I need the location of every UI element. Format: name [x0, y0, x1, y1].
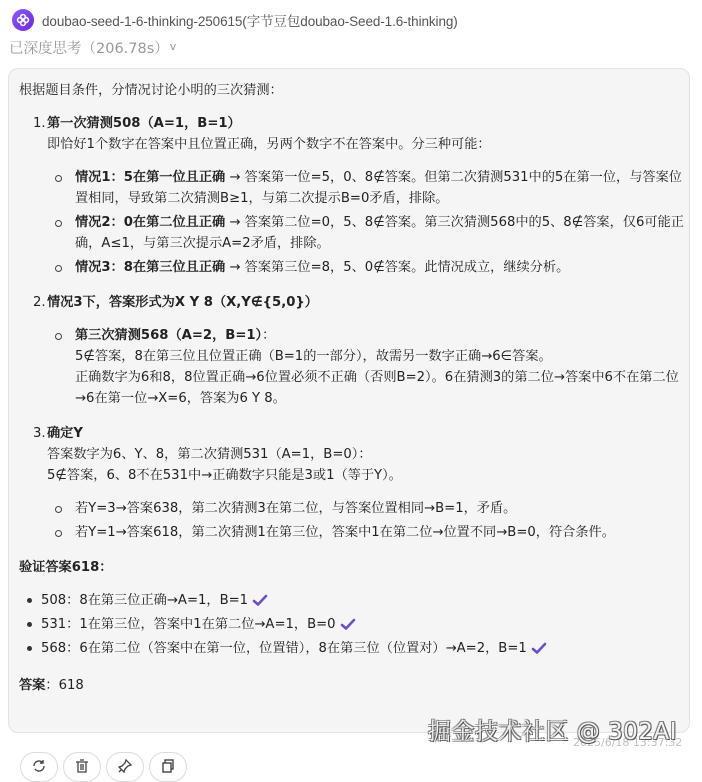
regenerate-button[interactable]	[20, 752, 58, 766]
case-item: 若Y=1→答案618，第二次猜测1在第三位，答案中1在第二位→位置不同→B=0，…	[75, 522, 687, 543]
step-number: 2.	[33, 292, 46, 313]
trash-icon	[74, 758, 90, 766]
case-line: 5∉答案，8在第三位且位置正确（B=1的一部分），故需另一数字正确→6∈答案。	[75, 346, 687, 367]
case-list: 情况1：5在第一位且正确 → 答案第一位=5，0、8∉答案。但第二次猜测531中…	[33, 167, 687, 278]
case-title: 情况1：5在第一位且正确	[75, 170, 225, 185]
verify-text: 508：8在第三位正确→A=1，B=1	[41, 593, 248, 608]
step-item: 2. 情况3下，答案形式为X Y 8（X,Y∉{5,0}） 第三次猜测568（A…	[33, 292, 687, 409]
model-name: doubao-seed-1-6-thinking-250615(字节豆包doub…	[42, 10, 458, 30]
case-item: 情况3：8在第三位且正确 → 答案第三位=8，5、0∉答案。此情况成立，继续分析…	[75, 257, 687, 278]
case-title: 情况2：0在第二位且正确	[75, 215, 225, 230]
case-text: 若Y=1→答案618，第二次猜测1在第三位，答案中1在第二位→位置不同→B=0，…	[75, 525, 615, 540]
thinking-toggle[interactable]: 已深度思考（206.78s） v	[9, 37, 176, 58]
message-actions	[20, 752, 187, 766]
case-list: 第三次猜测568（A=2，B=1）： 5∉答案，8在第三位且位置正确（B=1的一…	[33, 325, 687, 409]
thinking-label: 已深度思考（206.78s）	[9, 37, 169, 58]
verify-list: 508：8在第三位正确→A=1，B=1 531：1在第三位，答案中1在第二位→A…	[19, 590, 687, 659]
case-title: 第三次猜测568（A=2，B=1）	[75, 328, 262, 343]
case-text: → 答案第三位=8，5、0∉答案。此情况成立，继续分析。	[225, 260, 569, 275]
steps-list: 1. 第一次猜测508（A=1，B=1） 即恰好1个数字在答案中且位置正确，另两…	[19, 113, 687, 543]
copy-icon	[160, 758, 176, 766]
step-body: 即恰好1个数字在答案中且位置正确，另两个数字不在答案中。分三种可能：	[33, 134, 687, 155]
case-list: 若Y=3→答案638，第二次猜测3在第二位，与答案位置相同→B=1，矛盾。 若Y…	[33, 498, 687, 543]
step-title: 情况3下，答案形式为X Y 8（X,Y∉{5,0}）	[33, 292, 687, 313]
chevron-down-icon: v	[170, 40, 177, 53]
verify-item: 531：1在第三位，答案中1在第二位→A=1，B=0	[41, 614, 687, 635]
verify-text: 531：1在第三位，答案中1在第二位→A=1，B=0	[41, 617, 336, 632]
step-body: 5∉答案，6、8不在531中→正确数字只能是3或1（等于Y）。	[33, 465, 687, 486]
copy-button[interactable]	[149, 752, 187, 766]
step-body: 答案数字为6、Y、8，第二次猜测531（A=1，B=0）：	[33, 444, 687, 465]
refresh-icon	[31, 758, 47, 766]
verify-title: 验证答案618：	[19, 557, 687, 578]
case-colon: ：	[262, 328, 275, 343]
case-item: 情况1：5在第一位且正确 → 答案第一位=5，0、8∉答案。但第二次猜测531中…	[75, 167, 687, 209]
message-timestamp: 2025/6/18 13:37:32	[573, 736, 682, 749]
check-icon	[531, 641, 547, 655]
step-item: 1. 第一次猜测508（A=1，B=1） 即恰好1个数字在答案中且位置正确，另两…	[33, 113, 687, 278]
step-title: 确定Y	[33, 423, 687, 444]
verify-item: 508：8在第三位正确→A=1，B=1	[41, 590, 687, 611]
check-icon	[340, 617, 356, 631]
case-item: 情况2：0在第二位且正确 → 答案第二位=0，5、8∉答案。第三次猜测568中的…	[75, 212, 687, 254]
step-number: 1.	[33, 113, 46, 134]
verify-item: 568：6在第二位（答案中在第一位，位置错），8在第三位（位置对）→A=2，B=…	[41, 638, 687, 659]
case-item: 第三次猜测568（A=2，B=1）： 5∉答案，8在第三位且位置正确（B=1的一…	[75, 325, 687, 409]
response-content: 根据题目条件，分情况讨论小明的三次猜测： 1. 第一次猜测508（A=1，B=1…	[19, 80, 687, 696]
case-title: 情况3：8在第三位且正确	[75, 260, 225, 275]
intro-text: 根据题目条件，分情况讨论小明的三次猜测：	[19, 80, 687, 101]
case-text: 若Y=3→答案638，第二次猜测3在第二位，与答案位置相同→B=1，矛盾。	[75, 501, 516, 516]
final-answer: 答案：618	[19, 675, 687, 696]
doubao-logo-icon	[12, 9, 34, 31]
case-item: 若Y=3→答案638，第二次猜测3在第二位，与答案位置相同→B=1，矛盾。	[75, 498, 687, 519]
answer-value: 618	[59, 678, 84, 693]
answer-label: 答案	[19, 678, 45, 693]
step-number: 3.	[33, 423, 46, 444]
delete-button[interactable]	[63, 752, 101, 766]
model-header: doubao-seed-1-6-thinking-250615(字节豆包doub…	[12, 9, 458, 31]
answer-separator: ：	[45, 678, 58, 693]
verify-text: 568：6在第二位（答案中在第一位，位置错），8在第三位（位置对）→A=2，B=…	[41, 641, 527, 656]
pin-icon	[117, 758, 133, 766]
step-title: 第一次猜测508（A=1，B=1）	[33, 113, 687, 134]
check-icon	[252, 593, 268, 607]
case-line: 正确数字为6和8，8位置正确→6位置必须不正确（否则B=2）。6在猜测3的第二位…	[75, 367, 687, 409]
step-item: 3. 确定Y 答案数字为6、Y、8，第二次猜测531（A=1，B=0）： 5∉答…	[33, 423, 687, 543]
pin-button[interactable]	[106, 752, 144, 766]
